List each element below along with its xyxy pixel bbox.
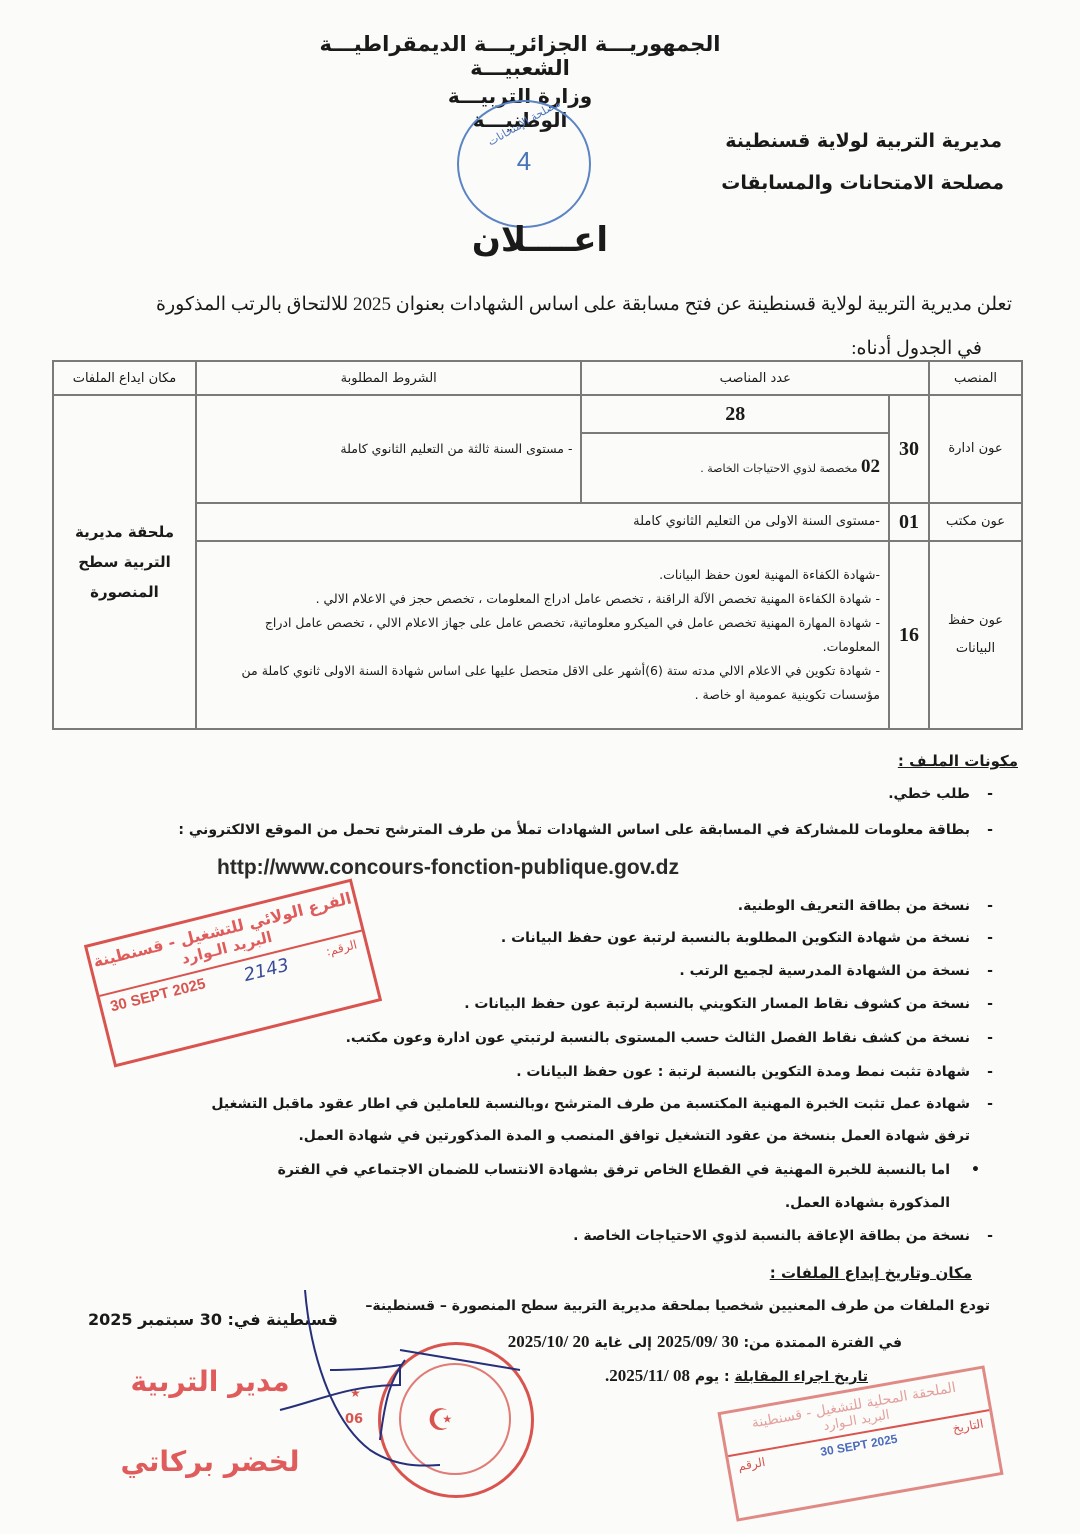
application-url-link[interactable]: http://www.concours-fonction-publique.go… bbox=[217, 856, 679, 880]
interview-label: تاريخ اجراء المقابلة bbox=[735, 1369, 868, 1385]
list-item: -بطاقة معلومات للمشاركة في المسابقة على … bbox=[178, 822, 1010, 838]
list-item: -نسخة من شهادة التكوين المطلوبة بالنسبة … bbox=[501, 930, 1010, 946]
list-item-continuation: ترفق شهادة العمل بنسخة من عقود التشغيل ت… bbox=[298, 1128, 970, 1144]
list-item: -نسخة من بطاقة الإعاقة بالنسبة لذوي الاح… bbox=[573, 1228, 1010, 1244]
interview-day: يوم bbox=[695, 1369, 719, 1385]
list-item: -شهادة عمل تثبت الخبرة المهنية المكتسبة … bbox=[211, 1096, 1010, 1112]
period-to-label: إلى غاية bbox=[594, 1335, 652, 1351]
interview-date: 08 /2025/11. bbox=[605, 1366, 690, 1385]
list-item: -نسخة من كشف نقاط الفصل الثالث حسب المست… bbox=[346, 1030, 1010, 1046]
stamp1-number: 2143 bbox=[242, 955, 292, 986]
list-item: -شهادة تثبت نمط ومدة التكوين بالنسبة لرت… bbox=[516, 1064, 1010, 1080]
list-item: -نسخة من كشوف نقاط المسار التكويني بالنس… bbox=[464, 996, 1010, 1012]
deposit-title: مكان وتاريخ إيداع الملفات : bbox=[770, 1264, 972, 1282]
list-item: •اما بالنسبة للخبرة المهنية في القطاع ال… bbox=[278, 1162, 980, 1178]
stamp2-date-label: التاريخ bbox=[951, 1416, 984, 1435]
interview-date-line: تاريخ اجراء المقابلة : يوم 08 /2025/11. bbox=[605, 1366, 868, 1386]
handwritten-signature bbox=[170, 1290, 530, 1470]
stamp2-date: 30 SEPT 2025 bbox=[819, 1432, 898, 1459]
list-item: -طلب خطي. bbox=[888, 786, 1010, 802]
deposit-period: في الفترة الممتدة من: 30 /2025/09 إلى غا… bbox=[508, 1332, 902, 1352]
period-from: 30 /2025/09 bbox=[657, 1332, 739, 1351]
list-item: -نسخة من الشهادة المدرسية لجميع الرتب . bbox=[679, 963, 1010, 979]
stamp2-number-label: الرقم bbox=[737, 1455, 766, 1474]
list-item-continuation: المذكورة بشهادة العمل. bbox=[785, 1195, 950, 1211]
list-item: -نسخة من بطاقة التعريف الوطنية. bbox=[738, 898, 1010, 914]
period-label: في الفترة الممتدة من: bbox=[743, 1335, 902, 1351]
stamp1-number-label: الرقم: bbox=[325, 937, 361, 965]
